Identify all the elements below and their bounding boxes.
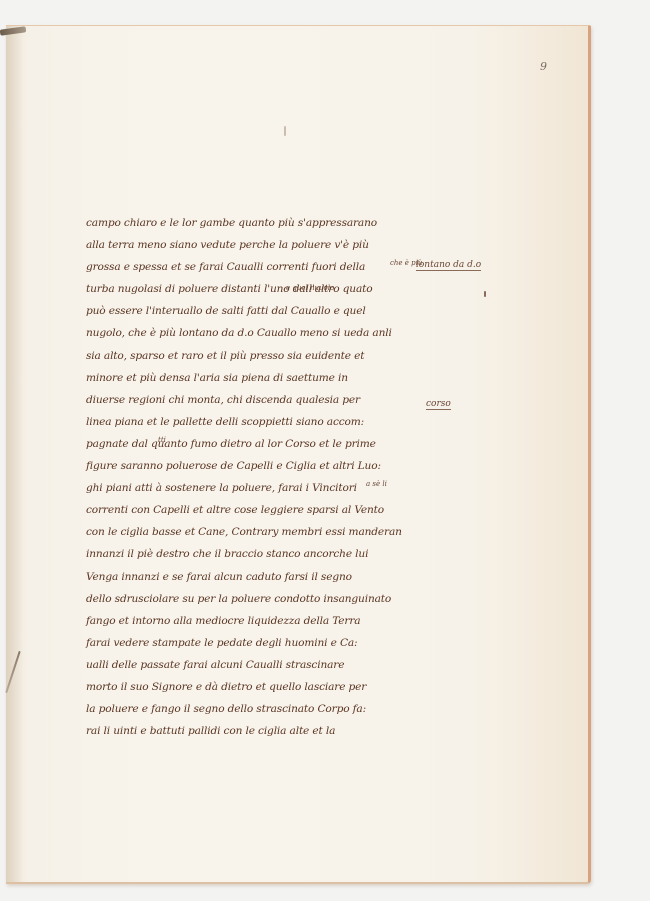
interlinear-insertion: tti [158, 436, 166, 444]
ink-mark [484, 291, 486, 297]
margin-note: corso [426, 399, 451, 410]
manuscript-text-block: campo chiaro e le lor gambe quanto più s… [86, 212, 426, 742]
text-line: diuerse regioni chi monta, chi discenda … [86, 389, 426, 411]
text-line: rai li uinti e battuti pallidi con le ci… [86, 720, 426, 742]
text-line: morto il suo Signore e dà dietro et quel… [86, 676, 426, 698]
text-line: con le ciglia basse et Cane, Contrary me… [86, 521, 426, 543]
text-line: nugolo, che è più lontano da d.o Cauallo… [86, 322, 426, 344]
ink-mark [284, 126, 286, 136]
text-line: ualli delle passate farai alcuni Caualli… [86, 654, 426, 676]
text-line: figure saranno poluerose de Capelli e Ci… [86, 455, 426, 477]
text-line: può essere l'interuallo de salti fatti d… [86, 300, 426, 322]
manuscript-page: 9 campo chiaro e le lor gambe quanto più… [6, 25, 591, 884]
text-line: pagnate dal quanto fumo dietro al lor Co… [86, 433, 426, 455]
text-line: la poluere e fango il segno dello strasc… [86, 698, 426, 720]
text-line: innanzi il piè destro che il braccio sta… [86, 543, 426, 565]
text-line: sia alto, sparso et raro et il più press… [86, 345, 426, 367]
text-line: dello sdrusciolare su per la poluere con… [86, 588, 426, 610]
interlinear-insertion: e quel nuuolo [286, 284, 334, 292]
text-line: alla terra meno siano vedute perche la p… [86, 234, 426, 256]
text-line: Venga innanzi e se farai alcun caduto fa… [86, 566, 426, 588]
text-line: grossa e spessa et se farai Caualli corr… [86, 256, 426, 278]
text-line: turba nugolasi di poluere distanti l'uno… [86, 278, 426, 300]
text-line: campo chiaro e le lor gambe quanto più s… [86, 212, 426, 234]
text-line: minore et più densa l'aria sia piena di … [86, 367, 426, 389]
interlinear-insertion: a sè li [366, 480, 387, 488]
text-line: fango et intorno alla mediocre liquidezz… [86, 610, 426, 632]
margin-note: lontano da d.o [416, 260, 481, 271]
folio-number: 9 [540, 60, 547, 73]
text-line: correnti con Capelli et altre cose leggi… [86, 499, 426, 521]
text-line: linea piana et le pallette delli scoppie… [86, 411, 426, 433]
text-line: farai vedere stampate le pedate degli hu… [86, 632, 426, 654]
